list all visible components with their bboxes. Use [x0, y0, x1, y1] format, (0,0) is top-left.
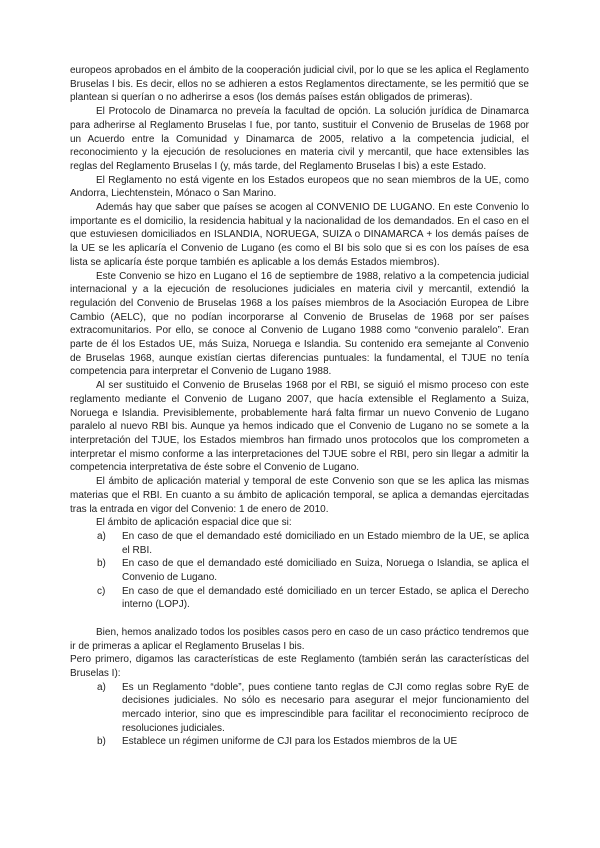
paragraph: Al ser sustituido el Convenio de Brusela…: [70, 379, 529, 475]
paragraph: El Reglamento no está vigente en los Est…: [70, 174, 529, 201]
paragraph: Pero primero, digamos las característica…: [70, 653, 529, 680]
list-item: a)En caso de que el demandado esté domic…: [70, 530, 529, 557]
paragraph: Además hay que saber que países se acoge…: [70, 201, 529, 270]
paragraph: El Protocolo de Dinamarca no preveía la …: [70, 105, 529, 174]
list-item-marker: c): [97, 585, 105, 599]
paragraph: europeos aprobados en el ámbito de la co…: [70, 64, 529, 105]
paragraph: El ámbito de aplicación material y tempo…: [70, 475, 529, 516]
document-body-text: europeos aprobados en el ámbito de la co…: [70, 64, 529, 749]
list-item-marker: b): [97, 557, 106, 571]
paragraph: El ámbito de aplicación espacial dice qu…: [70, 516, 529, 530]
list-item: c)En caso de que el demandado esté domic…: [70, 585, 529, 612]
paragraph-spacer: [70, 612, 529, 626]
list-item: b)En caso de que el demandado esté domic…: [70, 557, 529, 584]
list-item-marker: a): [97, 681, 106, 695]
list-item-marker: a): [97, 530, 106, 544]
lettered-list: a)En caso de que el demandado esté domic…: [70, 530, 529, 612]
paragraph: Bien, hemos analizado todos los posibles…: [70, 626, 529, 653]
list-item-text: En caso de que el demandado esté domicil…: [122, 586, 529, 611]
list-item-marker: b): [97, 735, 106, 749]
list-item: b)Establece un régimen uniforme de CJI p…: [70, 735, 529, 749]
document-page: europeos aprobados en el ámbito de la co…: [0, 0, 600, 848]
list-item-text: En caso de que el demandado esté domicil…: [122, 558, 529, 583]
list-item-text: Es un Reglamento “doble”, pues contiene …: [122, 682, 529, 734]
paragraph: Este Convenio se hizo en Lugano el 16 de…: [70, 270, 529, 380]
lettered-list: a)Es un Reglamento “doble”, pues contien…: [70, 681, 529, 750]
list-item-text: En caso de que el demandado esté domicil…: [122, 531, 529, 556]
list-item: a)Es un Reglamento “doble”, pues contien…: [70, 681, 529, 736]
list-item-text: Establece un régimen uniforme de CJI par…: [122, 736, 457, 747]
